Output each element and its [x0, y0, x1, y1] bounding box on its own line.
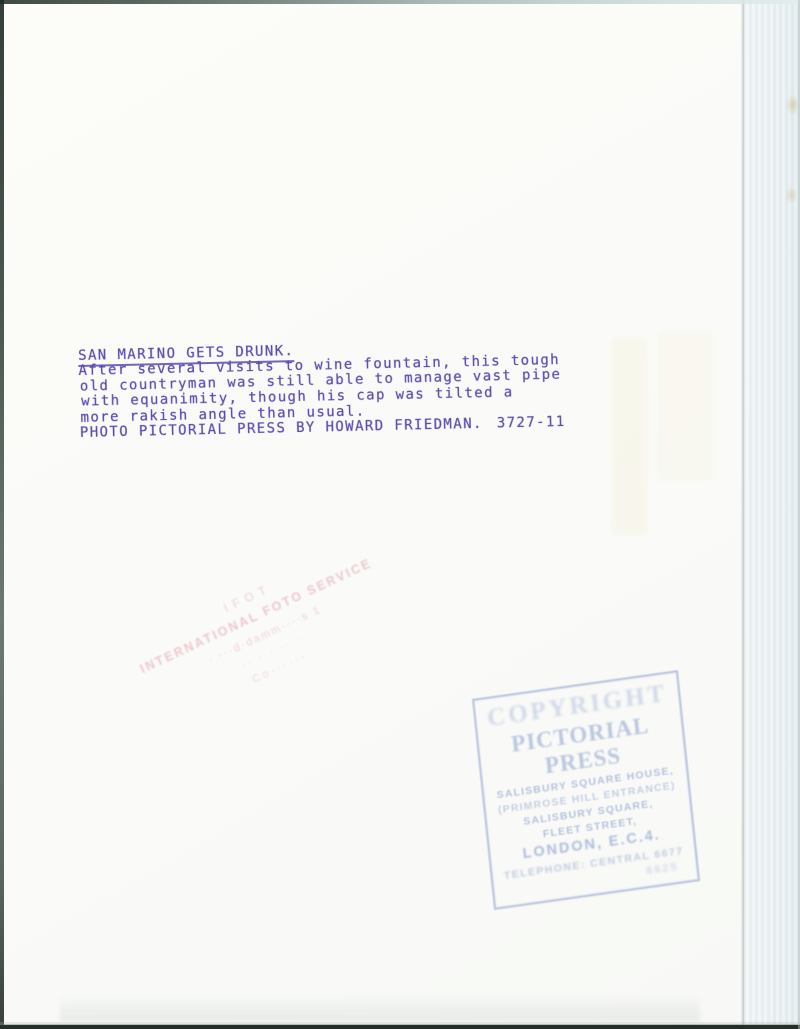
paper-smudge — [60, 995, 700, 1021]
copyright-stamp: COPYRIGHT PICTORIAL PRESS SALISBURY SQUA… — [472, 670, 700, 910]
scan-edge-bottom — [0, 1022, 800, 1029]
typed-caption: SAN MARINO GETS DRUNK. After several vis… — [78, 337, 600, 441]
photo-number: 3727-11 — [497, 414, 566, 432]
paper-showthrough — [612, 338, 646, 534]
paper-crease — [741, 0, 746, 1029]
scan-edge-left — [0, 0, 4, 1029]
paper-showthrough — [658, 330, 712, 480]
photo-back-scan: SAN MARINO GETS DRUNK. After several vis… — [0, 0, 800, 1029]
paper-stain — [785, 186, 798, 204]
agency-stamp: IFOT INTERNATIONAL FOTO SERVICE · ···d·d… — [127, 534, 413, 758]
paper-right-band — [746, 0, 800, 1029]
scan-edge-top — [0, 0, 800, 4]
